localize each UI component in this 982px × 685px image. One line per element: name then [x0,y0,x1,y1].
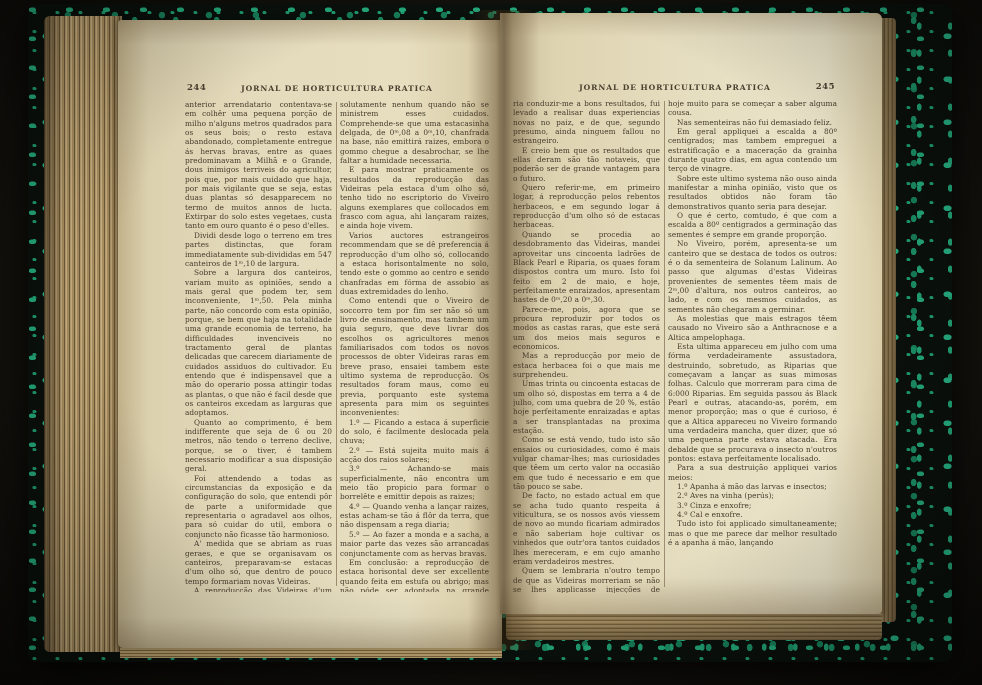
left-page-text-area: 244 JORNAL DE HORTICULTURA PRATICA anter… [185,82,489,638]
right-page-text-area: JORNAL DE HORTICULTURA PRATICA 245 ria c… [513,81,837,604]
paragraph: Esta ultima appareceu em julho com uma f… [668,342,837,463]
paragraph: Quando se procedia ao desdobramento das … [513,230,660,305]
right-page-header: JORNAL DE HORTICULTURA PRATICA 245 [513,81,837,99]
right-page-number: 245 [816,82,835,92]
paragraph: 2.º Aves na vinha (perús); [668,491,837,500]
paragraph: E para mostrar praticamente os resultado… [340,165,489,230]
paragraph: Sobre este ultimo systema não ouso ainda… [668,174,837,211]
paragraph: No Viveiro, porém, apresenta-se um cante… [668,239,837,314]
paragraph: 5.º — Ao fazer a monda e a sacha, a maio… [340,530,489,558]
paragraph: O que é certo, comtudo, é que com a esca… [668,211,837,239]
paragraph: 1.º Apanha á mão das larvas e insectos; [668,482,837,491]
paragraph: 4.º Cal e enxofre. [668,510,837,519]
paragraph: Mas a reproducção por meio de estaca her… [513,351,660,379]
page-stack-left-edge [44,16,122,652]
paragraph: Quanto ao comprimento, é bem indifferent… [185,418,332,474]
left-page-column-1: anterior arrendatario contentava-se em c… [185,100,332,592]
paragraph: Foi attendendo a todas as circumstancias… [185,474,332,539]
paragraph: Em geral appliquei a escalda a 80º centi… [668,127,837,174]
left-page: 244 JORNAL DE HORTICULTURA PRATICA anter… [118,20,502,648]
paragraph: hoje muito para se começar a saber algum… [668,99,837,118]
paragraph: 2.º — Está sujeita muito mais á acção do… [340,446,489,465]
paragraph: Como entendi que o Viveiro de soccorro t… [340,296,489,417]
paragraph: solutamente nenhum quando não se ministr… [340,100,489,165]
left-page-column-2: solutamente nenhum quando não se ministr… [340,100,489,592]
paragraph: 3.º — Achando-se mais superficialmente, … [340,464,489,501]
right-journal-title: JORNAL DE HORTICULTURA PRATICA [513,83,837,92]
paragraph: ria conduzir-me a bons resultados, fui l… [513,99,660,146]
paragraph: 4.º — Quando venha a lançar raizes, esta… [340,502,489,530]
column-rule [336,102,337,586]
open-book: 244 JORNAL DE HORTICULTURA PRATICA anter… [28,4,952,662]
paragraph: E creio bem que os resultados que ellas … [513,146,660,183]
left-journal-title: JORNAL DE HORTICULTURA PRATICA [185,84,489,93]
right-page-columns: ria conduzir-me a bons resultados, fui l… [513,99,837,593]
paragraph: Quero referir-me, em primeiro logar, á r… [513,183,660,230]
paragraph: Como se está vendo, tudo isto são ensaio… [513,435,660,491]
paragraph: Quem se lembraria n'outro tempo de que a… [513,566,660,593]
paragraph: As molestias que mais estragos têem caus… [668,314,837,342]
paragraph: 3.º Cinza e enxofre; [668,501,837,510]
paragraph: Para a sua destruição appliquei varios m… [668,463,837,482]
paragraph: A' medida que se abriam as ruas geraes, … [185,539,332,586]
right-page: JORNAL DE HORTICULTURA PRATICA 245 ria c… [500,13,882,614]
paragraph: Parece-me, pois, agora que se procura re… [513,305,660,352]
paragraph: Nas sementeiras não fui demasiado feliz. [668,118,837,127]
left-page-header: 244 JORNAL DE HORTICULTURA PRATICA [185,82,489,100]
column-rule [664,101,665,587]
paragraph: anterior arrendatario contentava-se em c… [185,100,332,231]
paragraph: De facto, no estado actual em que se ach… [513,491,660,566]
paragraph: Varios auctores estrangeiros recommendam… [340,231,489,296]
paragraph: Umas trinta ou cincoenta estacas de um o… [513,379,660,435]
left-page-columns: anterior arrendatario contentava-se em c… [185,100,489,592]
right-page-column-2: hoje muito para se começar a saber algum… [668,99,837,593]
paragraph: A reproducção das Videiras d'um olho só … [185,586,332,592]
paragraph: Tudo isto foi applicado simultaneamente;… [668,519,837,547]
right-page-column-1: ria conduzir-me a bons resultados, fui l… [513,99,660,593]
paragraph: Em conclusão: a reproducção de estaca ho… [340,558,489,592]
paragraph: Dividi desde logo o terreno em tres part… [185,231,332,268]
paragraph: Sobre a largura dos canteiros, variam mu… [185,268,332,418]
paragraph: 1.º — Ficando a estaca á superficie do s… [340,418,489,446]
